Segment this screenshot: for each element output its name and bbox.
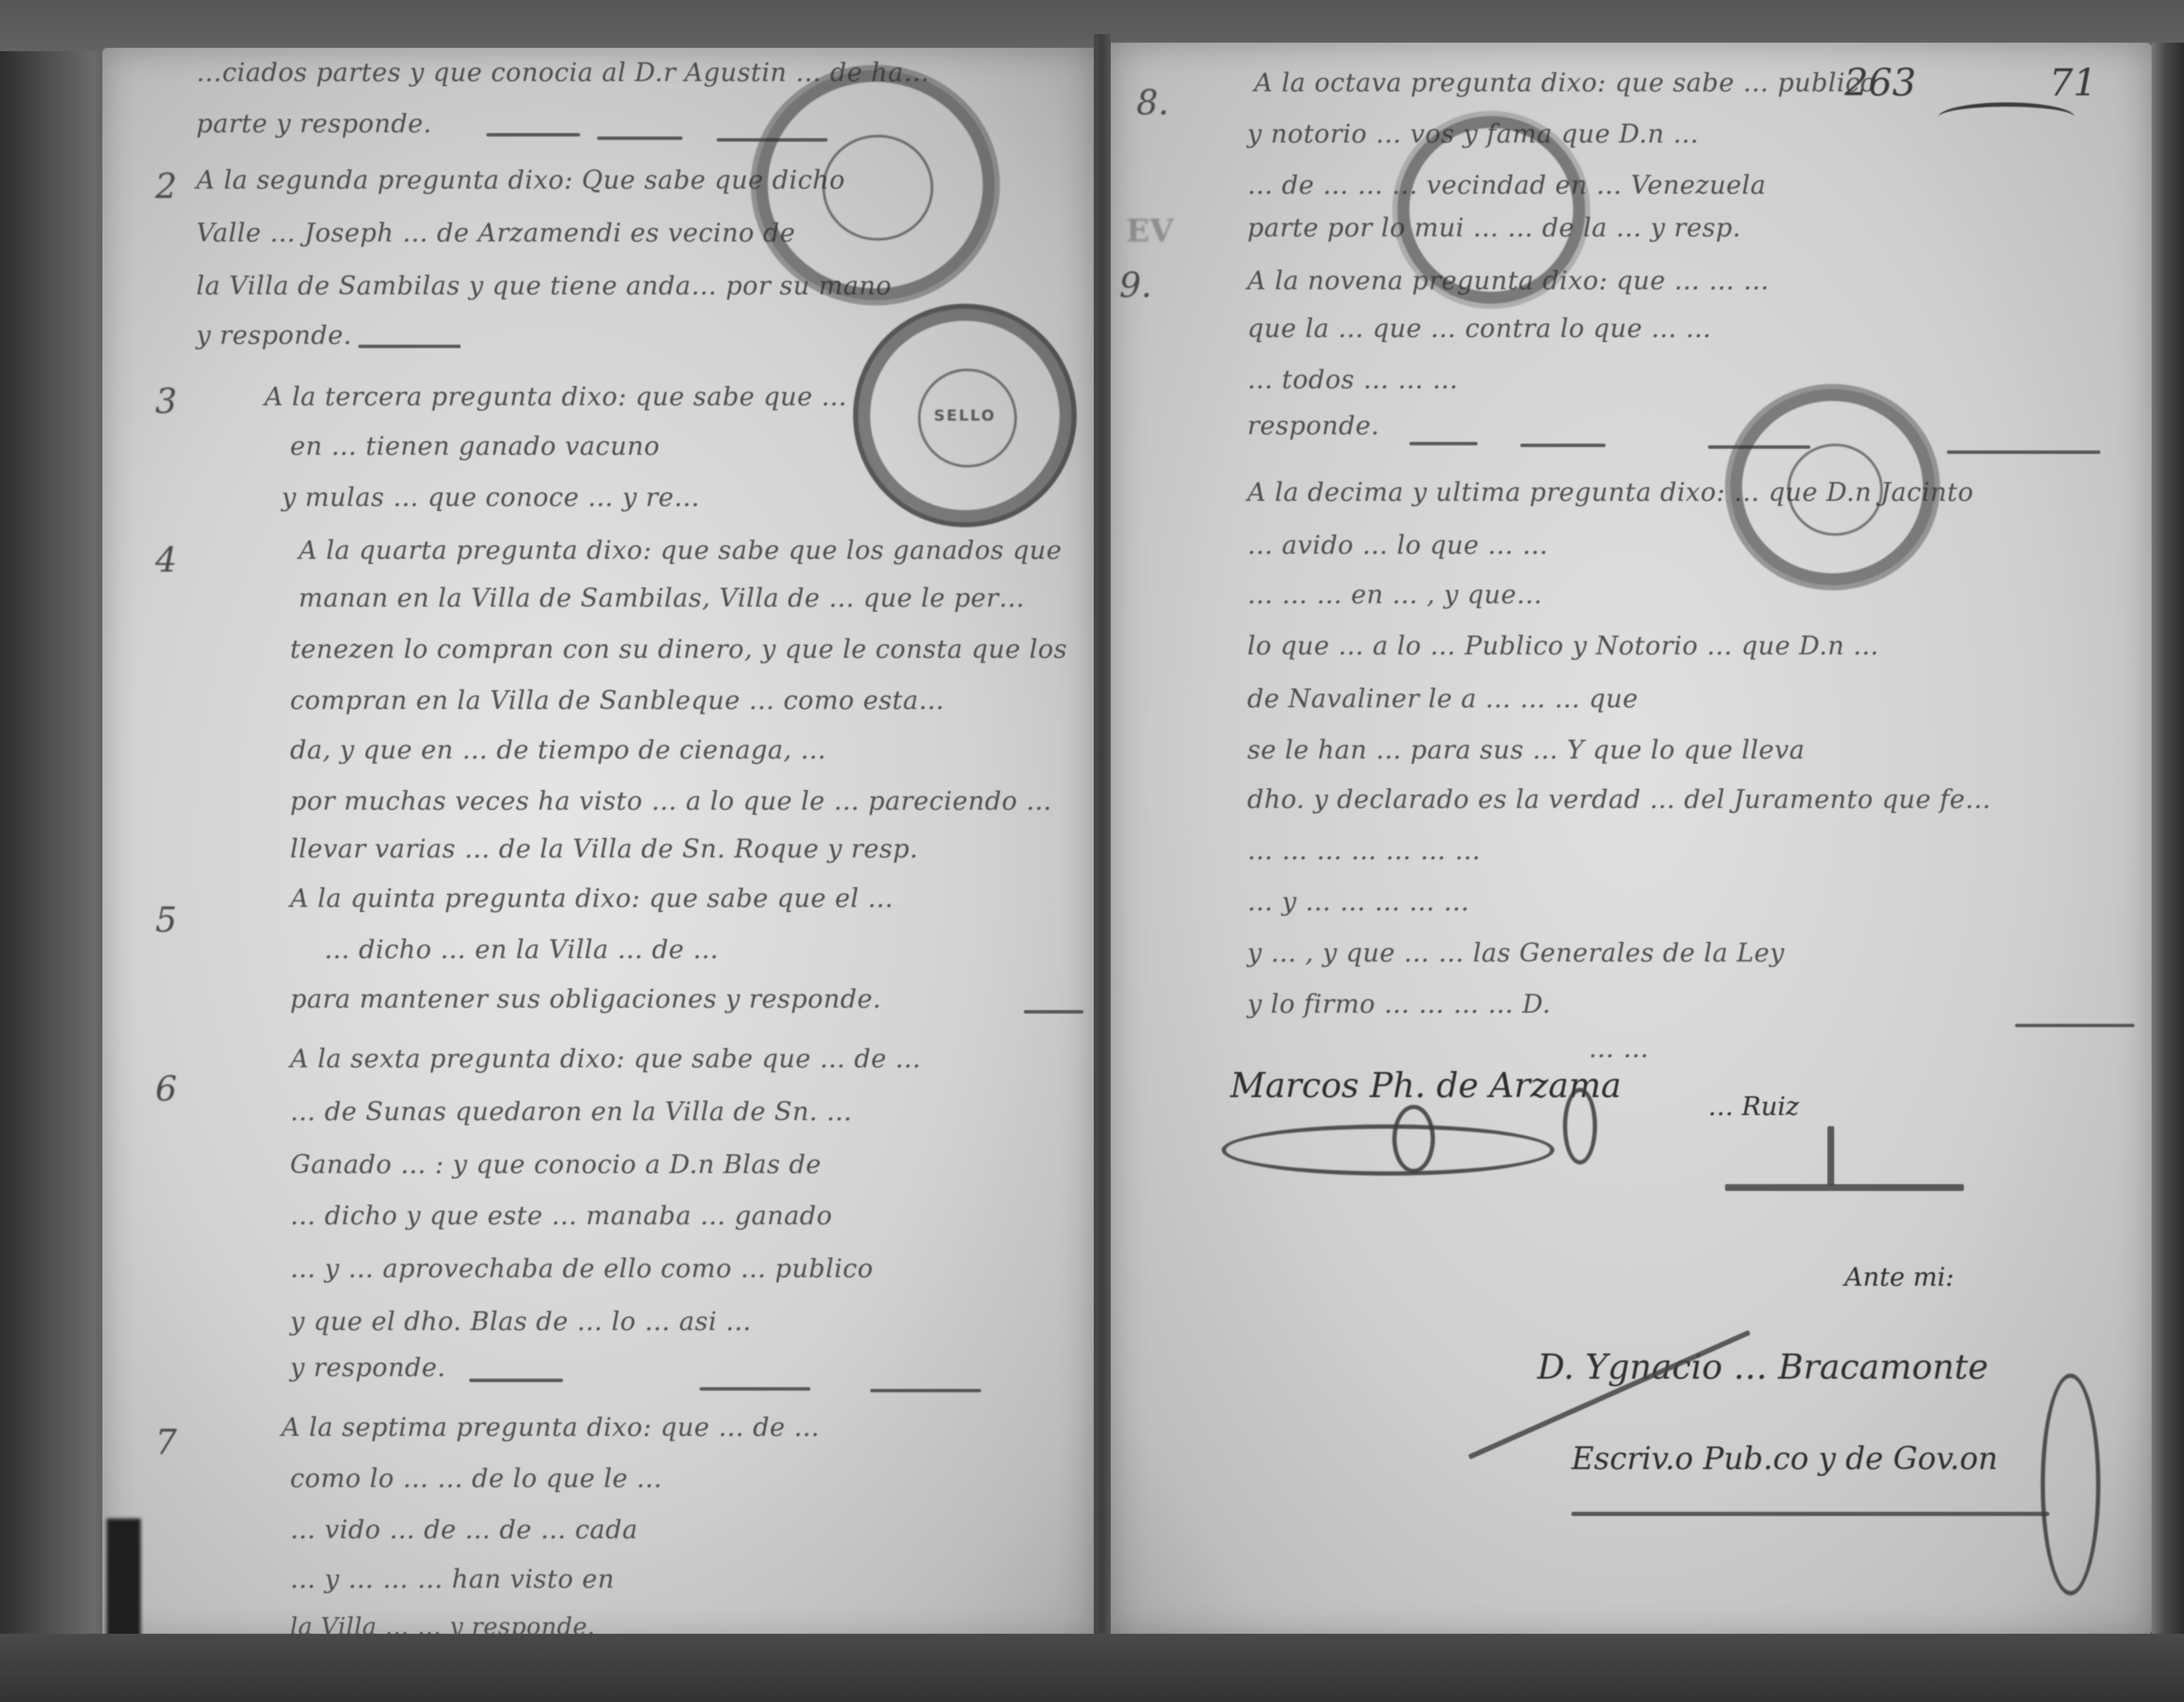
text-line: … … … … … … … <box>1247 836 1481 866</box>
line-filler-dash <box>1024 1010 1083 1014</box>
text-line: A la quinta pregunta dixo: que sabe que … <box>290 884 893 914</box>
text-line: llevar varias … de la Villa de Sn. Roque… <box>290 834 918 864</box>
text-line: como lo … … de lo que le … <box>290 1464 663 1494</box>
text-line: A la segunda pregunta dixo: Que sabe que… <box>196 166 845 195</box>
signature-rubric-loop <box>1563 1088 1597 1165</box>
text-line: lo que … a lo … Publico y Notorio … que … <box>1247 631 1879 661</box>
line-filler-dash <box>1520 444 1606 447</box>
text-line: y mulas … que conoce … y re… <box>282 483 700 513</box>
question-number: 8. <box>1136 84 1169 123</box>
scan-shadow <box>107 1519 141 1638</box>
text-line: … y … … … han visto en <box>290 1565 614 1595</box>
text-line: … y … aprovechaba de ello como … publico <box>290 1254 874 1284</box>
witness-signature: Marcos Ph. de Arzama <box>1230 1066 1621 1106</box>
text-line: de Navaliner le a … … … que <box>1247 684 1638 714</box>
text-line: A la tercera pregunta dixo: que sabe que… <box>264 382 847 412</box>
question-number: 2 <box>155 167 177 206</box>
text-line: responde. <box>1247 411 1380 441</box>
seal-text: SELLO <box>858 309 1072 522</box>
text-line: y que el dho. Blas de … lo … asi … <box>290 1307 752 1337</box>
line-filler-dash <box>700 1387 810 1391</box>
line-filler-dash <box>870 1389 981 1392</box>
text-line: … de Sunas quedaron en la Villa de Sn. … <box>290 1097 852 1127</box>
flourish-mark <box>1938 102 2075 132</box>
text-line: … vido … de … de … cada <box>290 1515 638 1545</box>
text-line: … todos … … … <box>1247 365 1458 395</box>
official-seal-faint <box>751 65 1000 305</box>
notary-underline <box>1571 1512 2049 1516</box>
witness-signature: … Ruiz <box>1708 1092 1799 1122</box>
bleed-through-text: EV <box>1126 213 1173 249</box>
text-line: A la septima pregunta dixo: que … de … <box>282 1413 820 1443</box>
text-line: Valle … Joseph … de Arzamendi es vecino … <box>196 218 795 248</box>
notary-rubric <box>2041 1374 2100 1595</box>
text-line: A la octava pregunta dixo: que sabe … pu… <box>1254 68 1876 98</box>
signature-rubric-loop <box>1392 1105 1435 1173</box>
official-seal: SELLO <box>853 304 1077 527</box>
signature-underline <box>1725 1184 1964 1191</box>
line-filler-dash <box>469 1379 563 1382</box>
line-filler-dash <box>486 133 580 137</box>
text-line: se le han … para sus … Y que lo que llev… <box>1247 735 1805 765</box>
official-seal-faint <box>1725 384 1940 590</box>
question-number: 9. <box>1119 266 1152 305</box>
text-line: y responde. <box>290 1353 446 1383</box>
text-line: da, y que en … de tiempo de cienaga, … <box>290 735 827 765</box>
line-filler-dash <box>2015 1024 2135 1027</box>
bottom-edge-shadow <box>0 1634 2184 1702</box>
text-line: que la … que … contra lo que … … <box>1247 314 1711 344</box>
signature-rubric <box>1222 1124 1554 1176</box>
right-page: 263 71 EV 8. A la octava pregunta dixo: … <box>1111 43 2152 1638</box>
text-line: la Villa de Sambilas y que tiene anda… p… <box>196 271 892 301</box>
text-line: y responde. <box>196 321 352 351</box>
text-line: parte y responde. <box>196 109 432 139</box>
text-line: … y … … … … … <box>1247 887 1470 917</box>
text-line: manan en la Villa de Sambilas, Villa de … <box>299 584 1025 613</box>
line-filler-dash <box>597 137 682 140</box>
notary-signature: D. Ygnacio … Bracamonte <box>1537 1348 1989 1387</box>
notary-title: Escriv.o Pub.co y de Gov.on <box>1571 1442 1998 1477</box>
right-page-edge <box>2152 43 2184 1655</box>
text-line: … … <box>1589 1034 1649 1064</box>
folio-number-secondary: 71 <box>2049 61 2097 105</box>
question-number: 5 <box>155 901 177 940</box>
question-number: 6 <box>155 1070 177 1109</box>
text-line: para mantener sus obligaciones y respond… <box>290 985 881 1014</box>
text-line: dho. y declarado es la verdad … del Jura… <box>1247 785 1991 815</box>
text-line: compran en la Villa de Sanbleque … como … <box>290 686 944 716</box>
text-line: A la sexta pregunta dixo: que sabe que …… <box>290 1044 921 1074</box>
text-line: A la quarta pregunta dixo: que sabe que … <box>299 536 1062 566</box>
line-filler-dash <box>1947 450 2100 454</box>
question-number: 4 <box>155 541 177 580</box>
text-line: … avido … lo que … … <box>1247 531 1548 561</box>
line-filler-dash <box>1409 442 1478 445</box>
attestation-label: Ante mi: <box>1844 1263 1954 1292</box>
signature-stroke <box>1827 1126 1834 1186</box>
left-page: …ciados partes y que conocia al D.r Agus… <box>102 48 1094 1641</box>
text-line: … … … en … , y que… <box>1247 580 1542 610</box>
line-filler-dash <box>358 345 461 348</box>
bleed-through-seal <box>1392 111 1590 309</box>
text-line: por muchas veces ha visto … a lo que le … <box>290 787 1052 816</box>
text-line: … dicho … en la Villa … de … <box>324 935 719 965</box>
text-line: tenezen lo compran con su dinero, y que … <box>290 635 1067 665</box>
text-line: y … , y que … … las Generales de la Ley <box>1247 938 1785 968</box>
text-line: en … tienen ganado vacuno <box>290 432 659 462</box>
text-line: … dicho y que este … manaba … ganado <box>290 1201 833 1231</box>
book-gutter <box>1094 34 1111 1642</box>
question-number: 3 <box>155 382 177 421</box>
question-number: 7 <box>155 1423 177 1462</box>
text-line: y lo firmo … … … … D. <box>1247 990 1551 1019</box>
text-line: Ganado … : y que conocio a D.n Blas de <box>290 1150 822 1180</box>
